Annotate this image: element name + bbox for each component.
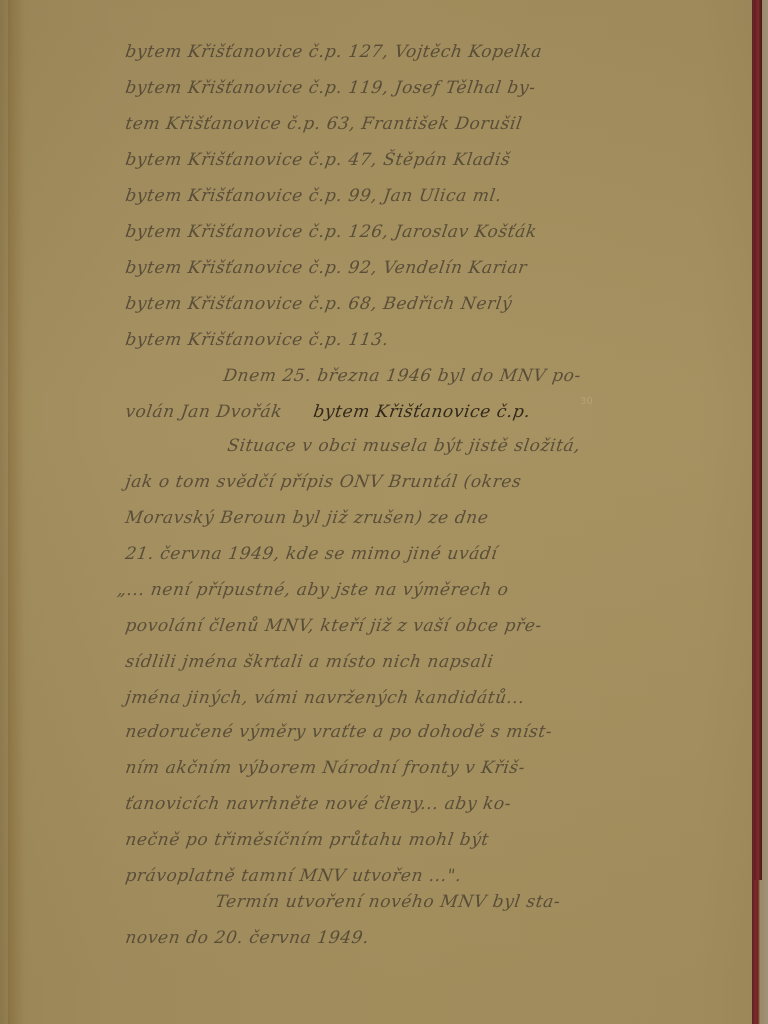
text-line: bytem Křišťanovice č.p. 113. [124,330,390,350]
text-line: 21. června 1949, kde se mimo jiné uvádí [124,544,499,564]
text-line: bytem Křišťanovice č.p. 68, Bedřich Nerl… [124,294,514,314]
text-line: noven do 20. června 1949. [124,928,370,948]
quoted-text-line: „... není přípustné, aby jste na výměrec… [116,580,510,600]
paragraph-start-line: Termín utvoření nového MNV byl sta- [214,892,562,912]
quoted-text-line: ťanovicích navrhněte nové členy... aby k… [124,794,513,814]
text-line: bytem Křišťanovice č.p. 119, Josef Tělha… [124,78,537,98]
text-line: bytem Křišťanovice č.p. 92, Vendelín Kar… [124,258,528,278]
quoted-text-line: ním akčním výborem Národní fronty v Křiš… [124,758,526,778]
text-line: jak o tom svědčí přípis ONV Bruntál (okr… [124,472,523,492]
book-cover-red-edge [754,0,762,880]
text-line: tem Křišťanovice č.p. 63, František Doru… [124,114,524,134]
text-line: volán Jan Dvořák [124,402,284,422]
text-line: bytem Křišťanovice č.p. 127, Vojtěch Kop… [124,42,543,62]
margin-mark: 30 [580,396,593,407]
quoted-text-line: sídlili jména škrtali a místo nich napsa… [124,652,495,672]
quoted-text-line: povolání členů MNV, kteří již z vaší obc… [124,616,543,636]
paragraph-start-line: Situace v obci musela být jistě složitá, [226,436,582,456]
quoted-text-line: nečně po třiměsíčním průtahu mohl být [124,830,490,850]
paragraph-start-line: Dnem 25. března 1946 byl do MNV po- [222,366,582,386]
text-line: bytem Křišťanovice č.p. 99, Jan Ulica ml… [124,186,503,206]
text-line: bytem Křišťanovice č.p. 126, Jaroslav Ko… [124,222,538,242]
inserted-darker-text: bytem Křišťanovice č.p. [312,402,532,422]
quoted-text-line: jména jiných, vámi navržených kandidátů.… [124,688,526,708]
manuscript-page: bytem Křišťanovice č.p. 127, Vojtěch Kop… [0,0,752,1024]
text-line: Moravský Beroun byl již zrušen) ze dne [124,508,490,528]
quoted-text-line: právoplatně tamní MNV utvořen ...". [124,866,463,886]
handwritten-text-block: bytem Křišťanovice č.p. 127, Vojtěch Kop… [0,0,752,1024]
quoted-text-line: nedoručené výměry vraťte a po dohodě s m… [124,722,554,742]
text-line: bytem Křišťanovice č.p. 47, Štěpán Kladi… [124,150,512,170]
